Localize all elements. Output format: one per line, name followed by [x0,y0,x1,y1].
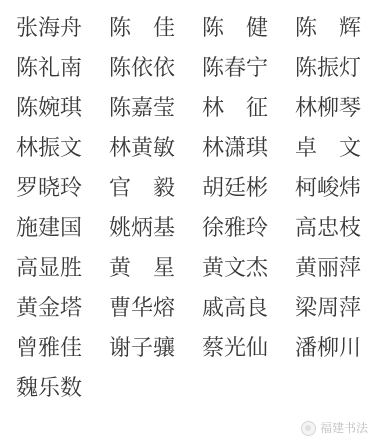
name-cell: 高忠枝 [295,217,361,239]
name-cell: 卓 文 [295,137,361,159]
name-cell: 林振文 [16,137,82,159]
name-cell: 陈春宁 [202,57,268,79]
watermark: 福建书法 [301,421,368,436]
name-cell: 黄 星 [109,257,175,279]
name-cell: 胡廷彬 [202,177,268,199]
name-cell: 施建国 [16,217,82,239]
name-cell: 谢子骧 [109,337,175,359]
name-cell: 高显胜 [16,257,82,279]
name-cell: 姚炳基 [109,217,175,239]
name-cell: 林潇琪 [202,137,268,159]
name-cell: 陈依依 [109,57,175,79]
name-cell: 柯峻炜 [295,177,361,199]
name-cell: 黄文杰 [202,257,268,279]
name-cell: 陈礼南 [16,57,82,79]
watermark-label: 福建书法 [320,422,368,435]
name-cell: 陈振灯 [295,57,361,79]
name-cell: 陈婉琪 [16,97,82,119]
name-cell: 蔡光仙 [202,337,268,359]
name-cell: 陈 佳 [109,17,175,39]
name-cell: 戚高良 [202,297,268,319]
name-list: 张海舟 陈 佳 陈 健 陈 辉 陈礼南 陈依依 陈春宁 陈振灯 陈婉琪 陈嘉莹 … [16,17,361,399]
name-cell: 黄丽萍 [295,257,361,279]
name-cell: 陈 健 [202,17,268,39]
name-cell: 林柳琴 [295,97,361,119]
name-cell: 梁周萍 [295,297,361,319]
name-cell: 陈嘉莹 [109,97,175,119]
name-cell: 陈 辉 [295,17,361,39]
name-cell: 罗晓玲 [16,177,82,199]
seal-logo-icon [301,421,316,436]
name-cell: 林 征 [202,97,268,119]
name-cell: 张海舟 [16,17,82,39]
name-cell: 官 毅 [109,177,175,199]
name-cell: 黄金塔 [16,297,82,319]
name-cell: 曹华熔 [109,297,175,319]
name-cell: 曾雅佳 [16,337,82,359]
name-cell: 潘柳川 [295,337,361,359]
name-cell: 林黄敏 [109,137,175,159]
name-cell: 徐雅玲 [202,217,268,239]
name-cell: 魏乐数 [16,377,82,399]
